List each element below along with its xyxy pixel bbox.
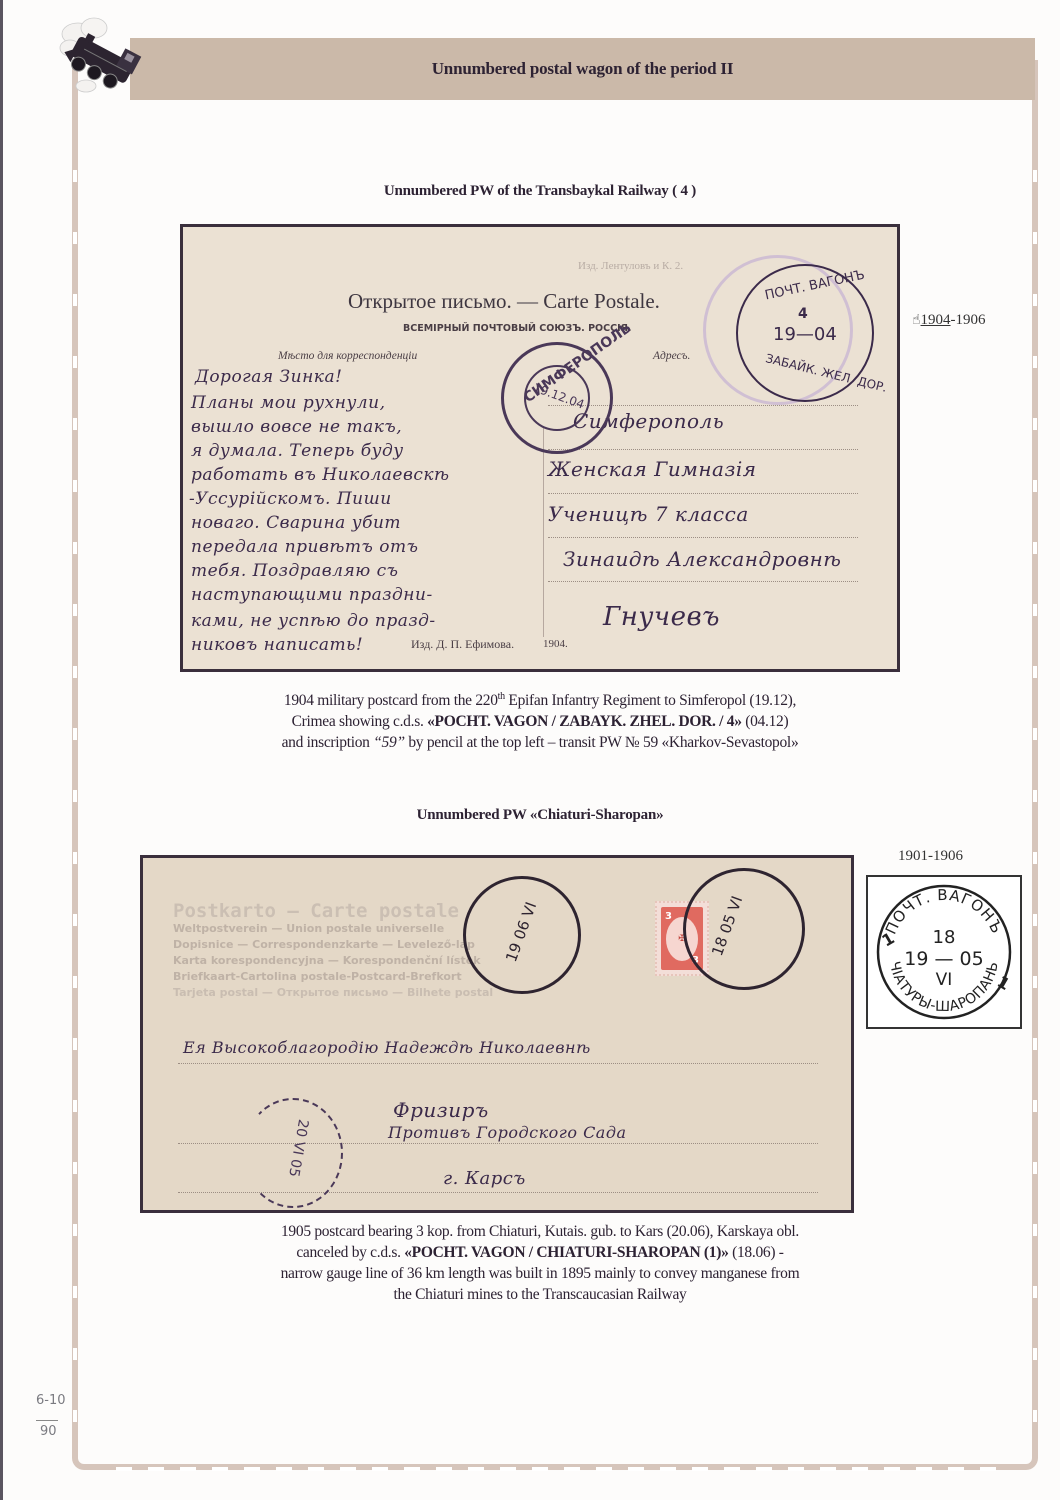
frame-dash-right <box>1033 120 1037 1460</box>
message-line: вышло вовсе не такъ, <box>191 417 402 437</box>
postmark-bottom-text: ЗАБАЙК. ЖЕЛ. ДОР. <box>764 351 888 395</box>
section1-period: ☝1904-1906 <box>912 312 986 329</box>
address-line-text: Ея Высокоблагородію Надеждѣ Николаевнѣ <box>183 1038 591 1057</box>
period-end: 1906 <box>956 312 986 328</box>
message-line: новаго. Сварина убит <box>191 513 401 533</box>
caption-line: the Chiaturi mines to the Transcaucasian… <box>150 1284 930 1305</box>
kars-arrival-postmark: 20 VI 05 <box>243 1098 343 1208</box>
postmark-top-text: ПОЧТ. ВАГОНЪ <box>764 268 867 304</box>
message-line: я думала. Теперь буду <box>191 441 404 461</box>
period-start: 1904 <box>921 312 951 328</box>
address-line-text: Женская Гимназія <box>548 457 757 481</box>
message-line: Дорогая Зинка! <box>195 367 342 387</box>
postcard-transbaykal: Изд. Лентуловъ и К. 2. Открытое письмо. … <box>180 224 900 672</box>
address-line <box>548 449 858 450</box>
frame-dash-left <box>73 120 77 1460</box>
message-line: работать въ Николаевскѣ <box>191 465 450 485</box>
imprint-year: 1904. <box>543 638 568 650</box>
address-line-text: Противъ Городского Сада <box>388 1123 627 1142</box>
postcard-chiaturi: Postkarto — Carte postale Weltpostverein… <box>140 855 854 1213</box>
postmark-date: 19 06 VI <box>502 900 540 965</box>
section2-title: Unnumbered PW «Chiaturi-Sharopan» <box>180 807 900 824</box>
page-title: Unnumbered postal wagon of the period II <box>130 38 1035 100</box>
postmark-number: 4 <box>798 306 808 322</box>
postcard-heading: Открытое письмо. — Carte Postale. <box>348 289 660 314</box>
message-line: наступающими праздни- <box>191 585 433 605</box>
address-line-text: г. Карсъ <box>443 1168 526 1189</box>
svg-text:VI: VI <box>936 970 953 990</box>
address-line <box>178 1063 818 1064</box>
print-line: Tarjeta postal — Открытое письмо — Bilhe… <box>173 986 493 999</box>
message-line: тебя. Поздравляю съ <box>191 561 398 581</box>
print-line: Karta korespondencyjna — Korespondenční … <box>173 954 481 967</box>
chiaturi-postmark-right: 18 05 VI <box>683 868 805 990</box>
address-line <box>548 493 858 494</box>
caption-line: canceled by c.d.s. «POCHT. VAGON / CHIAT… <box>150 1242 930 1263</box>
print-line: Postkarto — Carte postale <box>173 900 459 922</box>
message-line: Планы мои рухнули, <box>191 393 385 413</box>
section1-title: Unnumbered PW of the Transbaykal Railway… <box>180 183 900 200</box>
postmark-date: 19—04 <box>773 324 837 345</box>
message-line: -Уссурійскомъ. Пиши <box>189 489 392 509</box>
message-line: ками, не успѣю до празд- <box>191 611 436 631</box>
address-divider <box>543 427 544 637</box>
faint-print: Изд. Лентуловъ и К. 2. <box>578 260 683 272</box>
caption-line: and inscription “59” by pencil at the to… <box>160 732 920 753</box>
caption-line: narrow gauge line of 36 km length was bu… <box>150 1263 930 1284</box>
caption-line: 1904 military postcard from the 220th Ep… <box>160 686 920 711</box>
print-line: Briefkaart-Cartolina postale-Postcard-Br… <box>173 970 462 983</box>
address-line-text: Ученицѣ 7 класса <box>548 502 749 526</box>
caption-line: Crimea showing c.d.s. «POCHT. VAGON / ZA… <box>160 711 920 732</box>
address-line <box>548 537 858 538</box>
chiaturi-postmark-left: 19 06 VI <box>463 876 581 994</box>
address-label: Адресъ. <box>653 350 690 362</box>
postcard-subheading: ВСЕМІРНЫЙ ПОЧТОВЫЙ СОЮЗЪ. РОССІЯ. <box>403 323 632 334</box>
pencil-note-bottom: 90 <box>40 1424 57 1439</box>
pencil-note-divider <box>36 1420 58 1421</box>
section1-caption: 1904 military postcard from the 220th Ep… <box>160 686 920 753</box>
print-line: Weltpostverein — Union postale universel… <box>173 922 444 935</box>
address-line-text: Гнучевъ <box>603 602 720 632</box>
postmark-date: 18 05 VI <box>708 894 746 959</box>
publisher-imprint: Изд. Д. П. Ефимова. <box>411 637 514 652</box>
pencil-note-top: 6-10 <box>36 1393 66 1408</box>
correspondence-label: Мѣсто для корреспонденціи <box>278 350 417 362</box>
cancel-drawing: ПОЧТ. ВАГОНЪ ЧІАТУРЫ-ШАРОПАНЬ 1 1 18 19 … <box>868 877 1020 1027</box>
address-line-text: Зинаидѣ Александровнѣ <box>563 547 841 571</box>
print-line: Dopisnice — Correspondenzkarte — Levelez… <box>173 938 475 951</box>
svg-text:18: 18 <box>933 927 956 948</box>
address-line <box>548 581 858 582</box>
simferopol-postmark: СИМФЕРОПОЛЬ 19.12.04 <box>501 342 613 454</box>
svg-text:19 — 05: 19 — 05 <box>904 948 983 970</box>
pocht-vagon-postmark: ПОЧТ. ВАГОНЪ 4 19—04 ЗАБАЙК. ЖЕЛ. ДОР. <box>736 264 874 402</box>
section2-period: 1901-1906 <box>898 848 963 865</box>
cancel-drawing-box: ПОЧТ. ВАГОНЪ ЧІАТУРЫ-ШАРОПАНЬ 1 1 18 19 … <box>866 875 1022 1029</box>
message-line: никовъ написать! <box>191 635 363 655</box>
page-edge <box>0 0 3 1500</box>
section2-caption: 1905 postcard bearing 3 kop. from Chiatu… <box>150 1221 930 1305</box>
frame-dash-bottom <box>100 1467 1010 1471</box>
address-line-text: Фризиръ <box>393 1098 489 1122</box>
pointing-hand-icon: ☝ <box>912 312 921 328</box>
postmark-date: 20 VI 05 <box>285 1118 311 1178</box>
message-line: передала привѣтъ отъ <box>191 537 418 557</box>
caption-line: 1905 postcard bearing 3 kop. from Chiatu… <box>150 1221 930 1242</box>
